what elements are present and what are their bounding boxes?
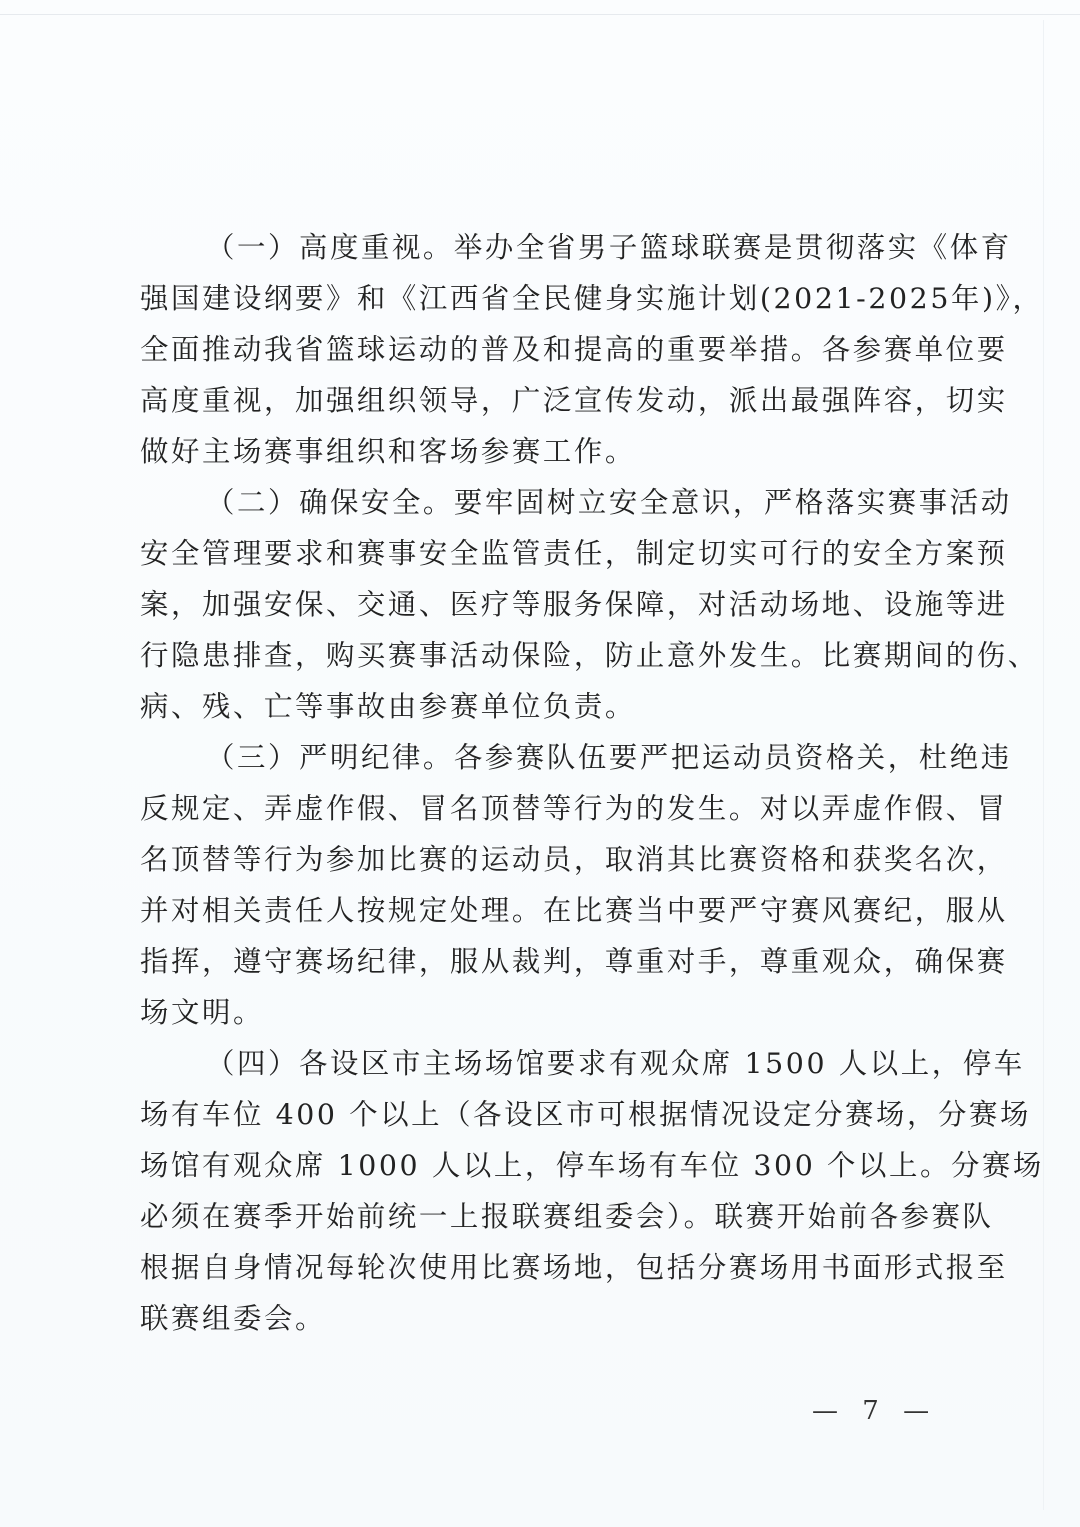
scan-top-edge <box>0 14 1080 15</box>
text-line: 必须在赛季开始前统一上报联赛组委会）。联赛开始前各参赛队 <box>140 1191 942 1242</box>
text-line: 案，加强安保、交通、医疗等服务保障，对活动场地、设施等进 <box>140 579 942 630</box>
paragraph-section-2: （二）确保安全。要牢固树立安全意识，严格落实赛事活动 安全管理要求和赛事安全监管… <box>140 477 942 732</box>
text-line: 行隐患排查，购买赛事活动保险，防止意外发生。比赛期间的伤、 <box>140 630 942 681</box>
text-line: 场有车位 400 个以上（各设区市可根据情况设定分赛场，分赛场 <box>140 1089 942 1140</box>
text-line: 场馆有观众席 1000 人以上，停车场有车位 300 个以上。分赛场 <box>140 1140 942 1191</box>
text-line: 根据自身情况每轮次使用比赛场地，包括分赛场用书面形式报至 <box>140 1242 942 1293</box>
text-line: 指挥，遵守赛场纪律，服从裁判，尊重对手，尊重观众，确保赛 <box>140 936 942 987</box>
paragraph-section-1: （一）高度重视。举办全省男子篮球联赛是贯彻落实《体育 强国建设纲要》和《江西省全… <box>140 222 942 477</box>
document-page: （一）高度重视。举办全省男子篮球联赛是贯彻落实《体育 强国建设纲要》和《江西省全… <box>0 0 1080 1527</box>
text-line: 高度重视，加强组织领导，广泛宣传发动，派出最强阵容，切实 <box>140 375 942 426</box>
text-line: （一）高度重视。举办全省男子篮球联赛是贯彻落实《体育 <box>140 222 942 273</box>
text-line: 全面推动我省篮球运动的普及和提高的重要举措。各参赛单位要 <box>140 324 942 375</box>
paragraph-section-4: （四）各设区市主场场馆要求有观众席 1500 人以上，停车 场有车位 400 个… <box>140 1038 942 1344</box>
scan-right-edge <box>1043 20 1044 1510</box>
document-body: （一）高度重视。举办全省男子篮球联赛是贯彻落实《体育 强国建设纲要》和《江西省全… <box>140 222 942 1344</box>
page-number: — 7 — <box>812 1396 937 1426</box>
text-line: 场文明。 <box>140 987 942 1038</box>
text-line: 做好主场赛事组织和客场参赛工作。 <box>140 426 942 477</box>
text-line: 并对相关责任人按规定处理。在比赛当中要严守赛风赛纪，服从 <box>140 885 942 936</box>
text-line: 联赛组委会。 <box>140 1293 942 1344</box>
text-line: 反规定、弄虚作假、冒名顶替等行为的发生。对以弄虚作假、冒 <box>140 783 942 834</box>
text-line: （三）严明纪律。各参赛队伍要严把运动员资格关，杜绝违 <box>140 732 942 783</box>
text-line: 病、残、亡等事故由参赛单位负责。 <box>140 681 942 732</box>
text-line: 安全管理要求和赛事安全监管责任，制定切实可行的安全方案预 <box>140 528 942 579</box>
text-line: （四）各设区市主场场馆要求有观众席 1500 人以上，停车 <box>140 1038 942 1089</box>
text-line: （二）确保安全。要牢固树立安全意识，严格落实赛事活动 <box>140 477 942 528</box>
paragraph-section-3: （三）严明纪律。各参赛队伍要严把运动员资格关，杜绝违 反规定、弄虚作假、冒名顶替… <box>140 732 942 1038</box>
text-line: 名顶替等行为参加比赛的运动员，取消其比赛资格和获奖名次， <box>140 834 942 885</box>
text-line: 强国建设纲要》和《江西省全民健身实施计划(2021-2025年)》， <box>140 273 942 324</box>
